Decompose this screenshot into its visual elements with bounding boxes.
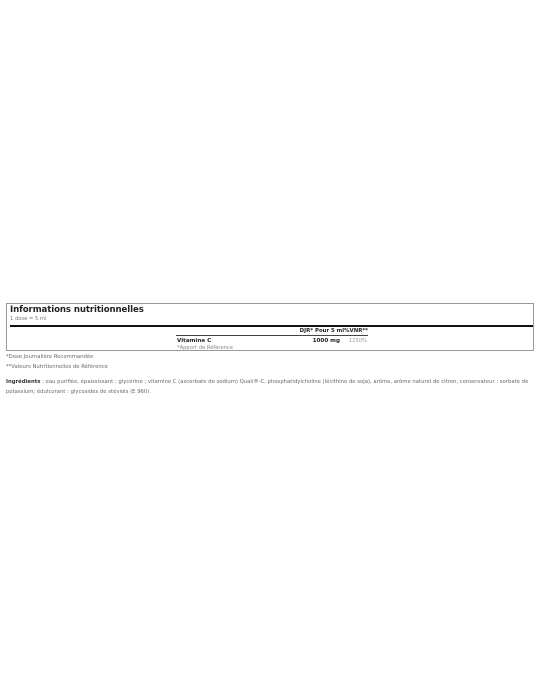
footnote-djr: *Dose Journalière Recommandée (6, 352, 108, 362)
nutrition-title: Informations nutritionnelles (10, 305, 144, 315)
nutrient-table-header: DJR* Pour 5 ml%VNR** (176, 328, 368, 336)
nutrient-table: DJR* Pour 5 ml%VNR** Vitamine C 1000 mg … (176, 328, 368, 351)
ingredients-label: Ingrédients (6, 379, 40, 385)
divider-rule (10, 325, 533, 327)
ingredients-paragraph: Ingrédients : eau purifiée, épaississant… (6, 377, 536, 397)
footnotes: *Dose Journalière Recommandée **Valeurs … (6, 352, 108, 372)
nutrient-name: Vitamine C (177, 338, 211, 344)
nutrient-percent-vnr: 1250% (349, 338, 367, 344)
serving-size: 1 dose = 5 ml (10, 316, 46, 322)
table-footnote: *Apport de Référence (176, 345, 368, 351)
table-row: Vitamine C 1000 mg 1250% (176, 336, 368, 345)
ingredients-text: : eau purifiée, épaississant : glycérine… (6, 379, 528, 395)
nutrient-amount: 1000 mg (313, 338, 340, 344)
nutrition-facts-panel: Informations nutritionnelles 1 dose = 5 … (6, 303, 534, 351)
footnote-vnr: **Valeurs Nutritionnelles de Référence (6, 362, 108, 372)
column-header: DJR* Pour 5 ml%VNR** (300, 328, 368, 334)
